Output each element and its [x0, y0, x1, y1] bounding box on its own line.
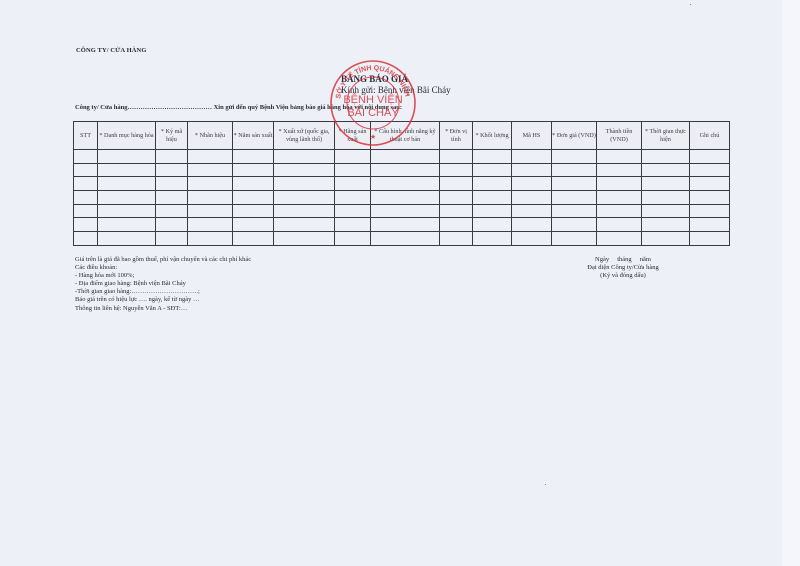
- table-cell[interactable]: [473, 150, 512, 164]
- table-cell[interactable]: [512, 232, 552, 246]
- table-cell[interactable]: [597, 232, 642, 246]
- table-cell[interactable]: [440, 163, 473, 177]
- table-cell[interactable]: [473, 204, 512, 218]
- sign-note: (Ký và đóng dấu): [563, 272, 683, 280]
- column-header: * Cấu hình, tính năng kỹ thuật cơ bản: [371, 122, 440, 150]
- table-cell[interactable]: [690, 191, 730, 205]
- table-cell[interactable]: [98, 163, 156, 177]
- table-cell[interactable]: [233, 232, 274, 246]
- scan-edge: [782, 0, 800, 566]
- table-cell[interactable]: [188, 163, 233, 177]
- table-cell[interactable]: [98, 150, 156, 164]
- table-cell[interactable]: [552, 150, 597, 164]
- scan-speck: [545, 484, 546, 485]
- column-header: * Đơn vị tính: [440, 122, 473, 150]
- table-cell[interactable]: [642, 177, 690, 191]
- signer-title: Đại diện Công ty/Cửa hàng: [563, 264, 683, 272]
- table-cell[interactable]: [233, 204, 274, 218]
- table-cell[interactable]: [690, 163, 730, 177]
- table-cell[interactable]: [690, 204, 730, 218]
- table-row: [74, 204, 730, 218]
- table-cell[interactable]: [156, 232, 188, 246]
- table-cell[interactable]: [597, 177, 642, 191]
- column-header: Mã HS: [512, 122, 552, 150]
- note-line: Giá trên là giá đã bao gồm thuế, phí vận…: [75, 256, 251, 264]
- note-line: - Hàng hóa mới 100%;: [75, 272, 251, 280]
- table-cell[interactable]: [690, 177, 730, 191]
- table-cell[interactable]: [371, 177, 440, 191]
- table-cell[interactable]: [440, 204, 473, 218]
- column-header: * Ký mã hiệu: [156, 122, 188, 150]
- table-cell[interactable]: [642, 191, 690, 205]
- table-cell[interactable]: [233, 150, 274, 164]
- table-cell[interactable]: [156, 191, 188, 205]
- table-cell[interactable]: [274, 177, 335, 191]
- table-cell[interactable]: [371, 191, 440, 205]
- table-cell[interactable]: [74, 150, 98, 164]
- table-cell[interactable]: [512, 163, 552, 177]
- intro-line: Công ty/ Cửa hàng………………………………… Xin gửi đ…: [75, 104, 402, 111]
- note-line: -Thời gian giao hàng:………………………….;: [75, 288, 251, 296]
- scan-speck: [690, 4, 691, 5]
- column-header: STT: [74, 122, 98, 150]
- table-row: [74, 232, 730, 246]
- note-line: Báo giá trên có hiệu lực …. ngày, kể từ …: [75, 296, 251, 304]
- table-cell[interactable]: [473, 218, 512, 232]
- table-cell[interactable]: [473, 177, 512, 191]
- table-cell[interactable]: [440, 150, 473, 164]
- table-cell[interactable]: [512, 177, 552, 191]
- table-row: [74, 191, 730, 205]
- signature-block: Ngày tháng năm Đại diện Công ty/Cửa hàng…: [563, 256, 683, 280]
- table-cell[interactable]: [156, 177, 188, 191]
- table-cell[interactable]: [188, 218, 233, 232]
- table-cell[interactable]: [512, 150, 552, 164]
- table-cell[interactable]: [371, 204, 440, 218]
- table-cell[interactable]: [371, 150, 440, 164]
- table-cell[interactable]: [690, 150, 730, 164]
- table-cell[interactable]: [642, 218, 690, 232]
- note-line: - Địa điểm giao hàng: Bệnh viện Bãi Cháy: [75, 280, 251, 288]
- table-cell[interactable]: [335, 204, 371, 218]
- table-header-row: STT* Danh mục hàng hóa* Ký mã hiệu* Nhãn…: [74, 122, 730, 150]
- table-cell[interactable]: [552, 191, 597, 205]
- table-cell[interactable]: [440, 191, 473, 205]
- column-header: Ghi chú: [690, 122, 730, 150]
- table-cell[interactable]: [156, 163, 188, 177]
- table-cell[interactable]: [74, 218, 98, 232]
- table-cell[interactable]: [642, 232, 690, 246]
- table-cell[interactable]: [335, 150, 371, 164]
- table-cell[interactable]: [473, 232, 512, 246]
- table-cell[interactable]: [274, 204, 335, 218]
- table-cell[interactable]: [642, 150, 690, 164]
- table-cell[interactable]: [274, 218, 335, 232]
- column-header: * Hãng sản xuất: [335, 122, 371, 150]
- table-cell[interactable]: [74, 163, 98, 177]
- table-cell[interactable]: [98, 191, 156, 205]
- table-cell[interactable]: [98, 218, 156, 232]
- table-cell[interactable]: [642, 204, 690, 218]
- table-cell[interactable]: [233, 163, 274, 177]
- table-row: [74, 150, 730, 164]
- table-cell[interactable]: [335, 218, 371, 232]
- table-row: [74, 218, 730, 232]
- table-cell[interactable]: [512, 191, 552, 205]
- table-cell[interactable]: [371, 218, 440, 232]
- table-cell[interactable]: [597, 191, 642, 205]
- note-line: Thông tin liên hệ: Nguyễn Văn A - SĐT:…: [75, 305, 251, 313]
- table-cell[interactable]: [274, 191, 335, 205]
- table-body: [74, 150, 730, 246]
- column-header: * Danh mục hàng hóa: [98, 122, 156, 150]
- table-cell[interactable]: [440, 177, 473, 191]
- table-cell[interactable]: [552, 163, 597, 177]
- table-cell[interactable]: [371, 163, 440, 177]
- table-cell[interactable]: [552, 218, 597, 232]
- table-cell[interactable]: [188, 232, 233, 246]
- table-cell[interactable]: [473, 163, 512, 177]
- table-cell[interactable]: [690, 232, 730, 246]
- date-line: Ngày tháng năm: [563, 256, 683, 264]
- table-cell[interactable]: [371, 232, 440, 246]
- table-cell[interactable]: [512, 204, 552, 218]
- table-cell[interactable]: [690, 218, 730, 232]
- table-cell[interactable]: [597, 204, 642, 218]
- table-cell[interactable]: [156, 150, 188, 164]
- column-header: * Xuất xứ (quốc gia, vùng lãnh thổ): [274, 122, 335, 150]
- table-cell[interactable]: [335, 232, 371, 246]
- table-cell[interactable]: [597, 163, 642, 177]
- table-cell[interactable]: [74, 177, 98, 191]
- table-cell[interactable]: [74, 204, 98, 218]
- table-row: [74, 163, 730, 177]
- column-header: * Thời gian thực hiện: [642, 122, 690, 150]
- table-cell[interactable]: [188, 177, 233, 191]
- table-cell[interactable]: [188, 150, 233, 164]
- table-row: [74, 177, 730, 191]
- table-cell[interactable]: [98, 204, 156, 218]
- table-cell[interactable]: [188, 204, 233, 218]
- footer-notes: Giá trên là giá đã bao gồm thuế, phí vận…: [75, 256, 251, 313]
- table-cell[interactable]: [188, 191, 233, 205]
- table-cell[interactable]: [156, 204, 188, 218]
- table-cell[interactable]: [156, 218, 188, 232]
- column-header: Thành tiền (VND): [597, 122, 642, 150]
- table-cell[interactable]: [642, 163, 690, 177]
- table-cell[interactable]: [98, 232, 156, 246]
- column-header: * Năm sản xuất: [233, 122, 274, 150]
- table-cell[interactable]: [335, 163, 371, 177]
- table-cell[interactable]: [440, 232, 473, 246]
- table-cell[interactable]: [98, 177, 156, 191]
- table-cell[interactable]: [335, 191, 371, 205]
- table-cell[interactable]: [597, 218, 642, 232]
- table-cell[interactable]: [552, 232, 597, 246]
- table-cell[interactable]: [473, 191, 512, 205]
- table-cell[interactable]: [233, 218, 274, 232]
- column-header: * Đơn giá (VND): [552, 122, 597, 150]
- table-cell[interactable]: [74, 191, 98, 205]
- table-cell[interactable]: [274, 150, 335, 164]
- column-header: * Khối lượng: [473, 122, 512, 150]
- table-cell[interactable]: [512, 218, 552, 232]
- quote-table: STT* Danh mục hàng hóa* Ký mã hiệu* Nhãn…: [73, 121, 730, 246]
- table-cell[interactable]: [440, 218, 473, 232]
- table-cell[interactable]: [597, 150, 642, 164]
- table-cell[interactable]: [233, 191, 274, 205]
- table-cell[interactable]: [74, 232, 98, 246]
- table-cell[interactable]: [335, 177, 371, 191]
- note-line: Các điều khoản:: [75, 264, 251, 272]
- document-title: BẢNG BÁO GIÁ: [341, 74, 408, 84]
- table-cell[interactable]: [233, 177, 274, 191]
- table-cell[interactable]: [274, 163, 335, 177]
- table-cell[interactable]: [552, 177, 597, 191]
- column-header: * Nhãn hiệu: [188, 122, 233, 150]
- company-label: CÔNG TY/ CỬA HÀNG: [76, 47, 147, 54]
- recipient-line: Kính gửi: Bệnh viện Bãi Cháy: [341, 85, 451, 95]
- table-cell[interactable]: [274, 232, 335, 246]
- table-cell[interactable]: [552, 204, 597, 218]
